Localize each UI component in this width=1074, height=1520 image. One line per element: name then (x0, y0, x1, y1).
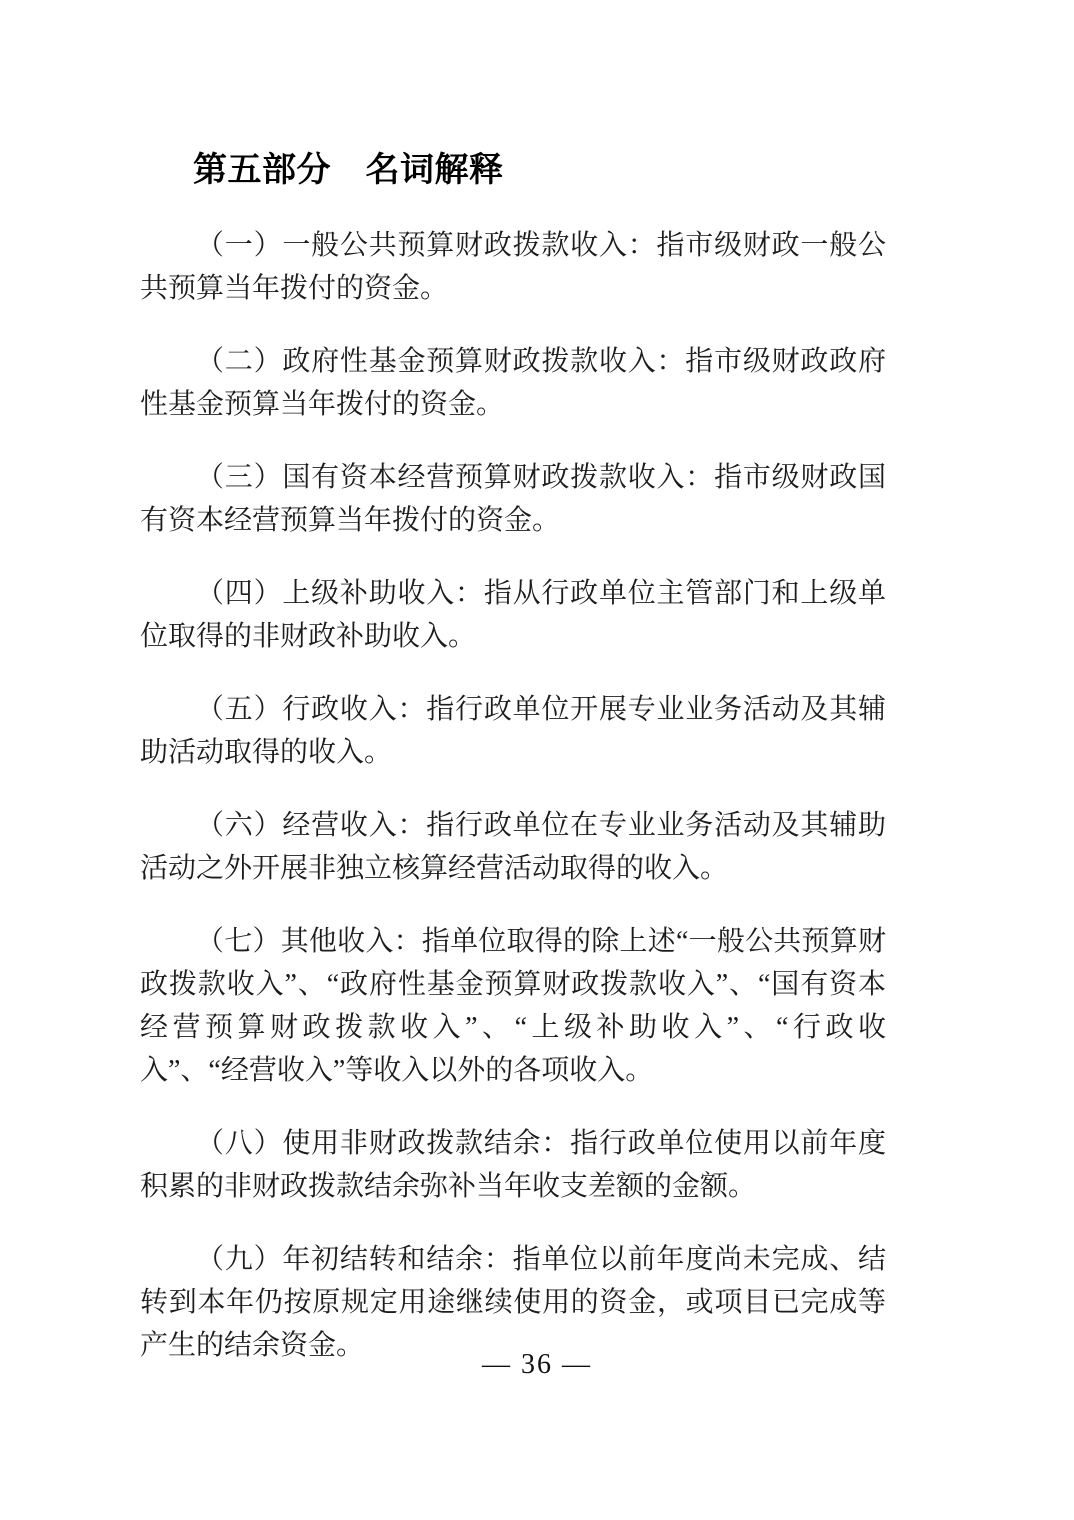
definition-paragraph-2: （二）政府性基金预算财政拨款收入：指市级财政政府性基金预算当年拨付的资金。 (140, 340, 886, 426)
definition-paragraph-7: （七）其他收入：指单位取得的除上述“一般公共预算财政拨款收入”、“政府性基金预算… (140, 920, 886, 1092)
definition-paragraph-5: （五）行政收入：指行政单位开展专业业务活动及其辅助活动取得的收入。 (140, 688, 886, 774)
definition-paragraph-1: （一）一般公共预算财政拨款收入：指市级财政一般公共预算当年拨付的资金。 (140, 224, 886, 310)
document-page: 第五部分 名词解释 （一）一般公共预算财政拨款收入：指市级财政一般公共预算当年拨… (0, 0, 1074, 1520)
page-number: — 36 — (0, 1348, 1074, 1382)
page-title: 第五部分 名词解释 (193, 150, 504, 190)
definition-paragraph-6: （六）经营收入：指行政单位在专业业务活动及其辅助活动之外开展非独立核算经营活动取… (140, 804, 886, 890)
definition-paragraph-8: （八）使用非财政拨款结余：指行政单位使用以前年度积累的非财政拨款结余弥补当年收支… (140, 1122, 886, 1208)
definition-paragraph-4: （四）上级补助收入：指从行政单位主管部门和上级单位取得的非财政补助收入。 (140, 572, 886, 658)
definitions-section: （一）一般公共预算财政拨款收入：指市级财政一般公共预算当年拨付的资金。 （二）政… (140, 224, 886, 1367)
definition-paragraph-3: （三）国有资本经营预算财政拨款收入：指市级财政国有资本经营预算当年拨付的资金。 (140, 456, 886, 542)
